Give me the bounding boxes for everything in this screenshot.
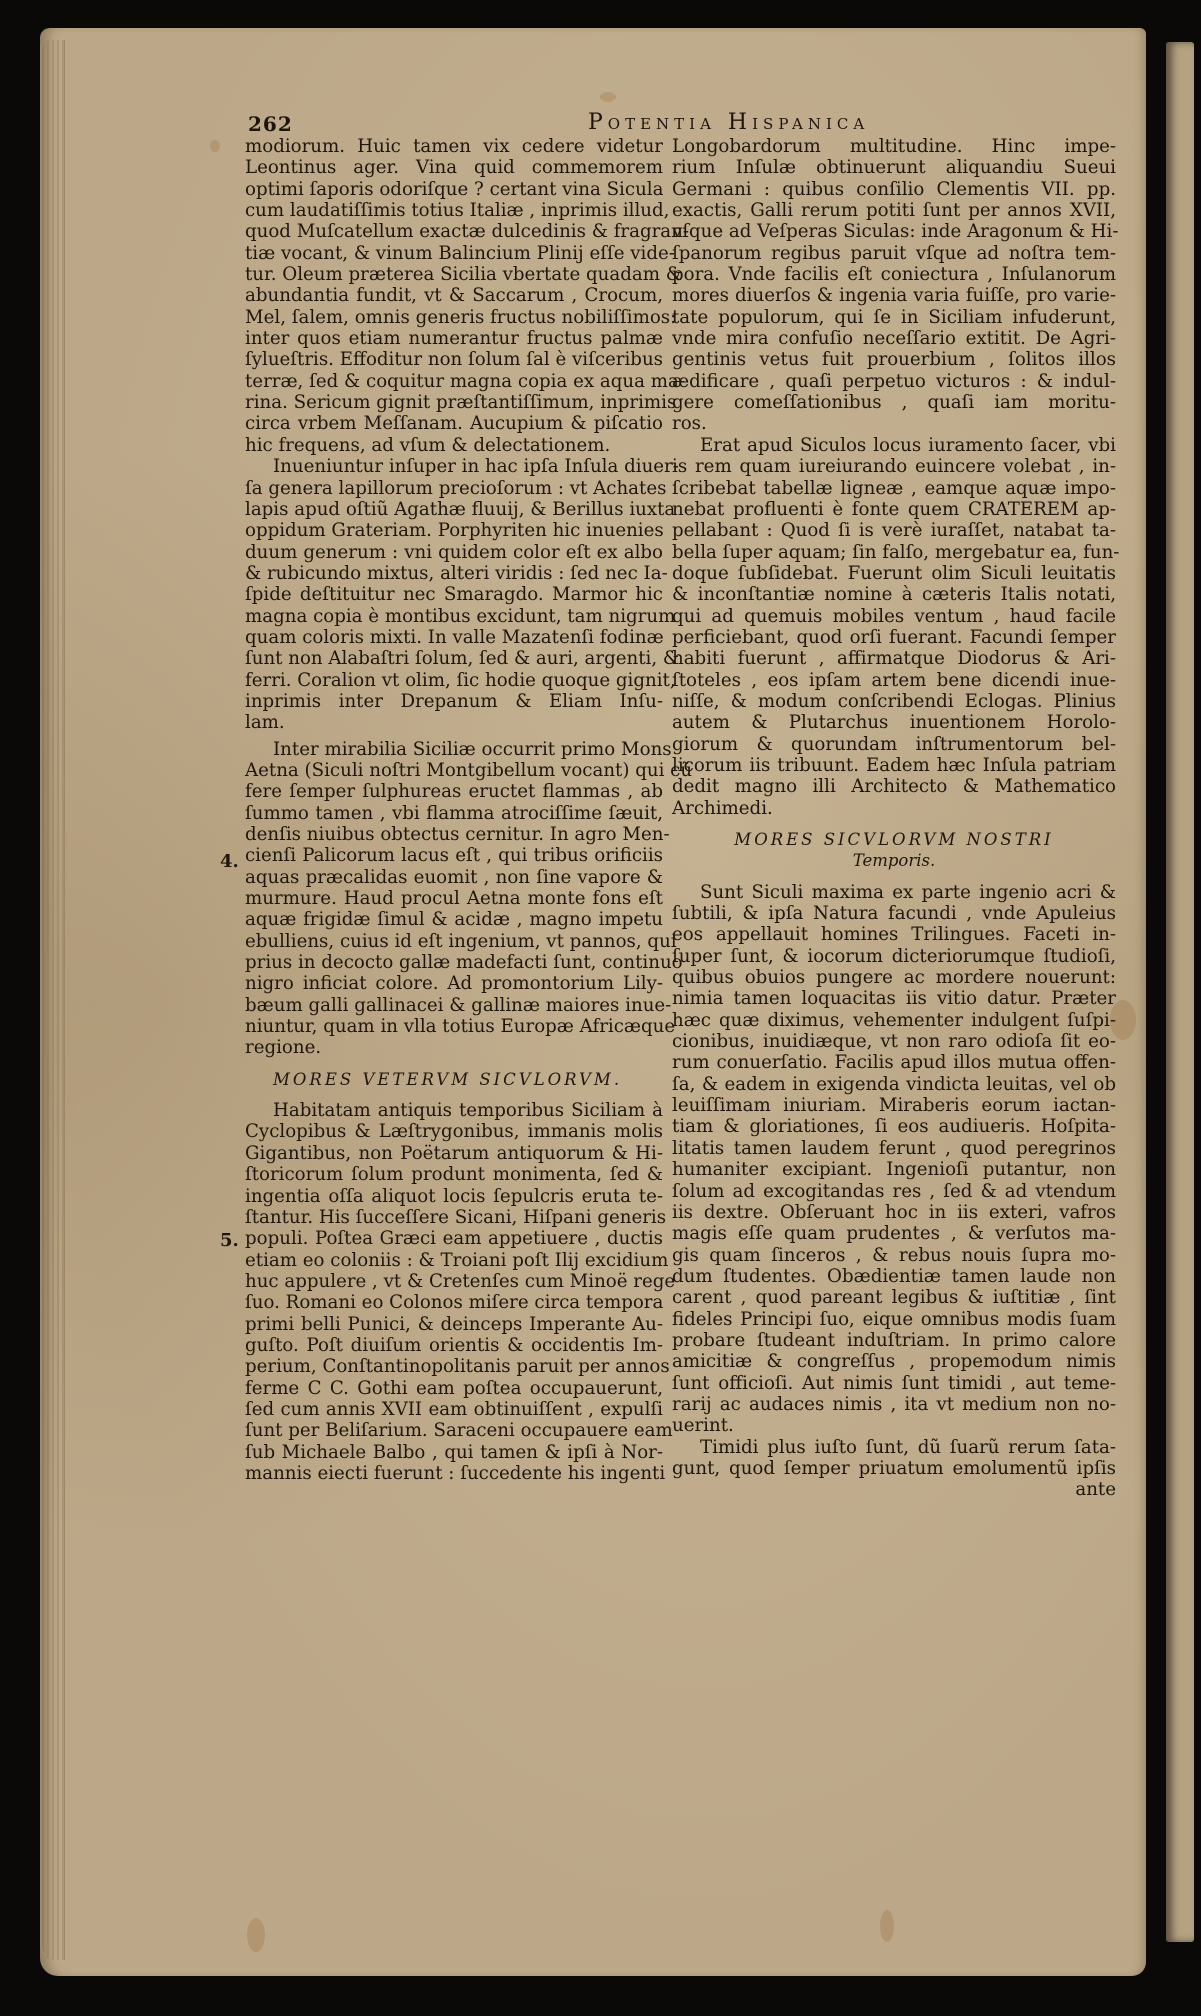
text-line: ſed cum annis XVII eam obtinuiſſent , ex… [245, 1399, 663, 1420]
text-line: carent , quod pareant legibus & iuſtitiæ… [672, 1287, 1116, 1308]
text-line: ingentia oſſa aliquot locis ſepulcris er… [245, 1186, 663, 1207]
text-line: aquas præcalidas euomit , non ſine vapor… [245, 867, 663, 888]
text-line: hic frequens, ad vſum & delectationem. [245, 435, 663, 456]
text-line: Sunt Siculi maxima ex parte ingenio acri… [672, 882, 1116, 903]
text-line: ſummo tamen , vbi flamma atrociſſime ſæu… [245, 803, 663, 824]
text-line: hæc quæ diximus, vehementer indulgent ſu… [672, 1010, 1116, 1031]
text-line: ebulliens, cuius id eſt ingenium, vt pan… [245, 931, 663, 952]
text-line: rum conuerſatio. Facilis apud illos mutu… [672, 1052, 1116, 1073]
text-line: regione. [245, 1037, 663, 1058]
text-line: lapis apud oſtiũ Agathæ fluuij, & Berill… [245, 499, 663, 520]
text-line: tate populorum, qui ſe in Siciliam infud… [672, 307, 1116, 328]
text-line: Germani : quibus conſilio Clementis VII.… [672, 179, 1116, 200]
text-line: ſa genera lapillorum precioſorum : vt Ac… [245, 478, 663, 499]
text-line: ſunt non Alabaſtri ſolum, ſed & auri, ar… [245, 648, 663, 669]
spacer [672, 819, 1116, 829]
text-line: magis eſſe quam prudentes , & verſutos m… [672, 1223, 1116, 1244]
page-number: 262 [248, 112, 293, 136]
text-line: gis quam ſinceros , & rebus nouis ſupra … [672, 1245, 1116, 1266]
text-line: niuntur, quam in vlla totius Europæ Afri… [245, 1016, 663, 1037]
text-line: mannis eiecti fuerunt : ſuccedente his i… [245, 1463, 663, 1484]
text-line: Longobardorum multitudine. Hinc impe- [672, 136, 1116, 157]
text-line: aquæ frigidæ ſimul & acidæ , magno impet… [245, 909, 663, 930]
text-line: gentinis vetus fuit prouerbium , ſolitos… [672, 349, 1116, 370]
text-line: ſuper ſunt, & iocorum dicteriorumque ſtu… [672, 946, 1116, 967]
text-line: humaniter excipiant. Ingenioſi putantur,… [672, 1159, 1116, 1180]
text-line: ſtoteles , eos ipſam artem bene dicendi … [672, 670, 1116, 691]
right-column: Longobardorum multitudine. Hinc impe-riu… [672, 136, 1116, 1501]
text-line: mores diuerſos & ingenia varia fuiſſe, p… [672, 285, 1116, 306]
text-line: ſuo. Romani eo Colonos miſere circa temp… [245, 1292, 663, 1313]
text-line: Aetna (Siculi noſtri Montgibellum vocant… [245, 760, 663, 781]
text-line: quibus obuios pungere ac mordere nouerun… [672, 967, 1116, 988]
text-line: cum laudatiſſimis totius Italiæ , inprim… [245, 200, 663, 221]
text-line: ſunt per Beliſarium. Saraceni occupauere… [245, 1420, 663, 1441]
text-line: oppidum Grateriam. Porphyriten hic inuen… [245, 520, 663, 541]
text-line: iis dextre. Obſeruant hoc in iis exteri,… [672, 1202, 1116, 1223]
section-heading: MORES SICVLORVM NOSTRI [672, 829, 1116, 850]
text-line: Inueniuntur inſuper in hac ipſa Inſula d… [245, 456, 663, 477]
text-line: vſque ad Veſperas Siculas: inde Aragonum… [672, 221, 1116, 242]
text-line: tiam & gloriationes, ſi eos audiueris. H… [672, 1116, 1116, 1137]
text-line: gunt, quod ſemper priuatum emolumentũ ip… [672, 1458, 1116, 1479]
text-line: nebat profluenti è fonte quem CRATEREM a… [672, 499, 1116, 520]
foxing-stain [600, 92, 616, 102]
spacer [245, 1059, 663, 1069]
running-head: 262 Potentia Hispanica [248, 112, 1118, 138]
text-line: Mel, ſalem, omnis generis fructus nobili… [245, 307, 663, 328]
text-line: Cyclopibus & Læſtrygonibus, immanis moli… [245, 1121, 663, 1142]
text-line: quod Muſcatellum exactæ dulcedinis & fra… [245, 221, 663, 242]
text-line: ſpanorum regibus paruit vſque ad noſtra … [672, 243, 1116, 264]
text-line: ferme C C. Gothi eam poſtea occupauerunt… [245, 1378, 663, 1399]
text-line: denſis niuibus obtectus cernitur. In agr… [245, 824, 663, 845]
text-line: ſcribebat tabellæ ligneæ , eamque aquæ i… [672, 478, 1116, 499]
text-line: murmure. Haud procul Aetna monte fons eſ… [245, 888, 663, 909]
foxing-stain [210, 140, 220, 152]
text-line: inter quos etiam numerantur fructus palm… [245, 328, 663, 349]
text-line: modiorum. Huic tamen vix cedere videtur [245, 136, 663, 157]
text-line: bella ſuper aquam; ſin falſo, mergebatur… [672, 542, 1116, 563]
adjacent-page-strip [1166, 42, 1194, 1942]
text-line: cionibus, inuidiæque, vt non raro odioſa… [672, 1031, 1116, 1052]
margin-note-section-5: 5. [220, 1230, 239, 1251]
text-line: giorum & quorundam inſtrumentorum bel- [672, 734, 1116, 755]
text-line: terræ, ſed & coquitur magna copia ex aqu… [245, 371, 663, 392]
spacer [672, 872, 1116, 882]
text-line: magna copia è montibus excidunt, tam nig… [245, 606, 663, 627]
text-line: pora. Vnde facilis eſt coniectura , Inſu… [672, 264, 1116, 285]
text-line: lam. [245, 712, 663, 733]
text-line: Inter mirabilia Siciliæ occurrit primo M… [245, 739, 663, 760]
text-line: tiæ vocant, & vinum Balincium Plinij eſſ… [245, 243, 663, 264]
text-line: Erat apud Siculos locus iuramento ſacer,… [672, 435, 1116, 456]
text-line: leuiſſimam iniuriam. Miraberis eorum iac… [672, 1095, 1116, 1116]
text-line: amicitiæ & congreſſus , propemodum nimis [672, 1351, 1116, 1372]
text-line: fere ſemper ſulphureas eructet flammas ,… [245, 781, 663, 802]
text-line: ſolum ad excogitandas res , ſed & ad vte… [672, 1181, 1116, 1202]
text-line: licorum iis tribuunt. Eadem hæc Inſula p… [672, 755, 1116, 776]
spacer [245, 1090, 663, 1100]
running-title: Potentia Hispanica [588, 110, 869, 135]
text-line: habiti fuerunt , affirmatque Diodorus & … [672, 648, 1116, 669]
text-line: qui ad quemuis mobiles ventum , haud fac… [672, 606, 1116, 627]
text-line: nimia tamen loquacitas iis vitio datur. … [672, 988, 1116, 1009]
text-line: guſto. Poſt diuiſum orientis & occidenti… [245, 1335, 663, 1356]
text-line: ſub Michaele Balbo , qui tamen & ipſi à … [245, 1442, 663, 1463]
text-line: ſtoricorum ſolum produnt monimenta, ſed … [245, 1164, 663, 1185]
text-line: Gigantibus, non Poëtarum antiquorum & Hi… [245, 1143, 663, 1164]
text-line: fideles Principi ſuo, eique omnibus modi… [672, 1309, 1116, 1330]
text-line: gere comeſſationibus , quaſi iam moritu- [672, 392, 1116, 413]
left-column: modiorum. Huic tamen vix cedere videturL… [245, 136, 663, 1484]
text-line: inprimis inter Drepanum & Eliam Inſu- [245, 691, 663, 712]
text-line: abundantia fundit, vt & Saccarum , Crocu… [245, 285, 663, 306]
text-line: prius in decocto gallæ madefacti ſunt, c… [245, 952, 663, 973]
text-line: eos appellauit homines Trilingues. Facet… [672, 924, 1116, 945]
text-line: dum ſtudentes. Obædientiæ tamen laude no… [672, 1266, 1116, 1287]
section-heading: MORES VETERVM SICVLORVM. [245, 1069, 663, 1090]
text-line: ſa, & eadem in exigenda vindicta leuitas… [672, 1074, 1116, 1095]
section-subheading: Temporis. [672, 850, 1116, 871]
text-line: etiam eo coloniis : & Troiani poſt Ilij … [245, 1250, 663, 1271]
text-line: perium, Conſtantinopolitanis paruit per … [245, 1356, 663, 1377]
text-line: dedit magno illi Architecto & Mathematic… [672, 776, 1116, 797]
text-line: niſſe, & modum conſcribendi Eclogas. Pli… [672, 691, 1116, 712]
text-line: quam coloris mixti. In valle Mazatenſi f… [245, 627, 663, 648]
text-line: ædificare , quaſi perpetuo victuros : & … [672, 371, 1116, 392]
text-line: ſunt officioſi. Aut nimis ſunt timidi , … [672, 1373, 1116, 1394]
text-line: cienſi Palicorum lacus eſt , qui tribus … [245, 845, 663, 866]
text-line: primi belli Punici, & deinceps Imperante… [245, 1314, 663, 1335]
foxing-stain [247, 1918, 265, 1952]
text-line: duum generum : vni quidem color eſt ex a… [245, 542, 663, 563]
text-line: doque ſubſidebat. Fuerunt olim Siculi le… [672, 563, 1116, 584]
text-line: rarij ac audaces nimis , ita vt medium n… [672, 1394, 1116, 1415]
text-line: & inconſtantiæ nomine à cæteris Italis n… [672, 584, 1116, 605]
text-line: rina. Sericum gignit præſtantiſſimum, in… [245, 392, 663, 413]
text-line: pellabant : Quod ſi is verè iuraſſet, na… [672, 520, 1116, 541]
text-line: exactis, Galli rerum potiti ſunt per ann… [672, 200, 1116, 221]
text-line: tur. Oleum præterea Sicilia vbertate qua… [245, 264, 663, 285]
text-line: Leontinus ager. Vina quid commemorem [245, 157, 663, 178]
text-line: autem & Plutarchus inuentionem Horolo- [672, 712, 1116, 733]
foxing-stain [880, 1910, 894, 1942]
text-line: Archimedi. [672, 798, 1116, 819]
text-line: perficiebant, quod orſi fuerant. Facundi… [672, 627, 1116, 648]
text-line: ſpide deſtituitur nec Smaragdo. Marmor h… [245, 584, 663, 605]
text-line: is rem quam iureiurando euincere volebat… [672, 456, 1116, 477]
text-line: ſubtili, & ipſa Natura facundi , vnde Ap… [672, 903, 1116, 924]
text-line: vnde mira confuſio neceſſario extitit. D… [672, 328, 1116, 349]
text-line: ſylueſtris. Effoditur non ſolum ſal è vi… [245, 349, 663, 370]
text-line: uerint. [672, 1415, 1116, 1436]
text-line: optimi ſaporis odoriſque ? certant vina … [245, 179, 663, 200]
text-line: litatis tamen laudem ferunt , quod pereg… [672, 1138, 1116, 1159]
margin-note-section-4: 4. [220, 851, 239, 872]
text-line: nigro inficiat colore. Ad promontorium L… [245, 973, 663, 994]
text-line: ſtantur. His ſucceſſere Sicani, Hiſpani … [245, 1207, 663, 1228]
text-line: & rubicundo mixtus, alteri viridis : ſed… [245, 563, 663, 584]
text-line: Timidi plus iuſto ſunt, dũ ſuarũ rerum ſ… [672, 1437, 1116, 1458]
text-line: rium Inſulæ obtinuerunt aliquandiu Sueui [672, 157, 1116, 178]
text-line: huc appulere , vt & Cretenſes cum Minoë … [245, 1271, 663, 1292]
page-stack-edges [40, 40, 65, 1960]
text-line: Habitatam antiquis temporibus Siciliam à [245, 1100, 663, 1121]
text-line: probare ſtudeant induſtriam. In primo ca… [672, 1330, 1116, 1351]
catchword: ante [672, 1479, 1116, 1500]
text-line: bæum galli gallinacei & gallinæ maiores … [245, 995, 663, 1016]
text-line: ros. [672, 413, 1116, 434]
text-line: populi. Poſtea Græci eam appetiuere , du… [245, 1228, 663, 1249]
text-line: circa vrbem Meſſanam. Aucupium & piſcati… [245, 413, 663, 434]
text-line: ferri. Coralion vt olim, ſic hodie quoqu… [245, 670, 663, 691]
